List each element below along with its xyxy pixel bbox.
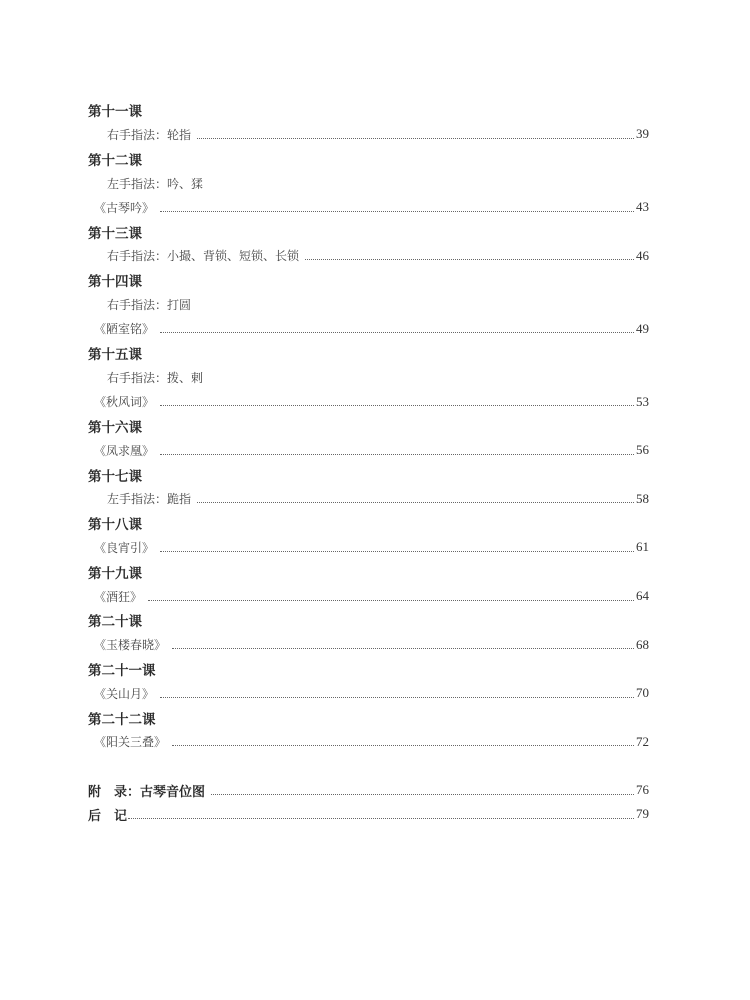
page-number: 56 (636, 442, 649, 458)
dot-leader (172, 745, 634, 746)
page-number: 79 (636, 806, 649, 822)
entry-text: 后 记 (88, 805, 127, 824)
dot-leader (160, 405, 634, 406)
entry-text: 《秋风词》 (88, 393, 154, 410)
toc-entry[interactable]: 右手指法：打圆 (88, 292, 649, 316)
page-number: 70 (636, 685, 649, 701)
entry-text: 右手指法：打圆 (88, 296, 191, 313)
dot-leader (305, 259, 634, 260)
entry-text: 右手指法：小撮、背锁、短锁、长锁 (88, 247, 299, 264)
toc-entry[interactable]: 左手指法：跪指58 (88, 487, 649, 511)
lesson-heading[interactable]: 第二十一课 (88, 657, 649, 681)
dot-leader (211, 794, 634, 795)
lesson-heading[interactable]: 第十九课 (88, 560, 649, 584)
dot-leader (160, 697, 634, 698)
lesson-title: 第二十一课 (88, 659, 156, 679)
lesson-title: 第十三课 (88, 222, 142, 242)
lesson-heading[interactable]: 第二十二课 (88, 705, 649, 729)
toc-entry[interactable]: 《玉楼春晓》68 (88, 633, 649, 657)
page-number: 49 (636, 321, 649, 337)
page-number: 58 (636, 491, 649, 507)
entry-text: 右手指法：轮指 (88, 126, 191, 143)
dot-leader (160, 332, 634, 333)
toc-entry[interactable]: 《酒狂》64 (88, 584, 649, 608)
dot-leader (160, 211, 634, 212)
entry-text: 左手指法：吟、猱 (88, 175, 203, 192)
toc-entry[interactable]: 《古琴吟》43 (88, 195, 649, 219)
entry-text: 右手指法：拨、剌 (88, 369, 203, 386)
page-number: 46 (636, 248, 649, 264)
entry-text: 《凤求凰》 (88, 442, 154, 459)
toc-entry[interactable]: 《凤求凰》56 (88, 438, 649, 462)
dot-leader (128, 818, 634, 819)
toc-entry[interactable]: 《陋室铭》49 (88, 317, 649, 341)
entry-text: 《阳关三叠》 (88, 733, 166, 750)
toc-entry[interactable]: 《阳关三叠》72 (88, 730, 649, 754)
lesson-heading[interactable]: 第十六课 (88, 414, 649, 438)
entry-text: 《古琴吟》 (88, 199, 154, 216)
toc-entry[interactable]: 右手指法：拨、剌 (88, 365, 649, 389)
lesson-heading[interactable]: 第十五课 (88, 341, 649, 365)
lesson-heading[interactable]: 第十三课 (88, 219, 649, 243)
entry-text: 《关山月》 (88, 685, 154, 702)
dot-leader (160, 454, 634, 455)
entry-text: 《陋室铭》 (88, 320, 154, 337)
entry-text: 《良宵引》 (88, 539, 154, 556)
lesson-title: 第十七课 (88, 465, 142, 485)
spacer (88, 754, 649, 778)
lesson-title: 第十二课 (88, 149, 142, 169)
entry-text: 《酒狂》 (88, 588, 142, 605)
lesson-title: 第二十课 (88, 610, 142, 630)
lesson-title: 第十六课 (88, 416, 142, 436)
dot-leader (148, 600, 634, 601)
page-number: 43 (636, 199, 649, 215)
page-number: 61 (636, 539, 649, 555)
lesson-title: 第十五课 (88, 343, 142, 363)
toc-entry[interactable]: 右手指法：轮指39 (88, 122, 649, 146)
page-number: 39 (636, 126, 649, 142)
dot-leader (160, 551, 634, 552)
toc-entry[interactable]: 右手指法：小撮、背锁、短锁、长锁46 (88, 244, 649, 268)
entry-text: 左手指法：跪指 (88, 490, 191, 507)
lesson-title: 第十一课 (88, 100, 142, 120)
page-number: 68 (636, 637, 649, 653)
entry-text: 《玉楼春晓》 (88, 636, 166, 653)
lesson-heading[interactable]: 第十八课 (88, 511, 649, 535)
page-number: 53 (636, 394, 649, 410)
toc-entry[interactable]: 左手指法：吟、猱 (88, 171, 649, 195)
toc-entry-appendix[interactable]: 附 录：古琴音位图76 (88, 778, 649, 802)
lesson-title: 第十九课 (88, 562, 142, 582)
lesson-heading[interactable]: 第十二课 (88, 147, 649, 171)
lesson-heading[interactable]: 第十一课 (88, 98, 649, 122)
toc-entry[interactable]: 《良宵引》61 (88, 535, 649, 559)
page-number: 64 (636, 588, 649, 604)
lesson-title: 第十四课 (88, 270, 142, 290)
lesson-heading[interactable]: 第十四课 (88, 268, 649, 292)
page-number: 76 (636, 782, 649, 798)
lesson-heading[interactable]: 第十七课 (88, 462, 649, 486)
lesson-title: 第二十二课 (88, 708, 156, 728)
page-number: 72 (636, 734, 649, 750)
toc-entry[interactable]: 《关山月》70 (88, 681, 649, 705)
toc-entry-afterword[interactable]: 后 记79 (88, 802, 649, 826)
entry-text: 附 录：古琴音位图 (88, 781, 205, 800)
toc-entry[interactable]: 《秋风词》53 (88, 390, 649, 414)
lesson-heading[interactable]: 第二十课 (88, 608, 649, 632)
table-of-contents: 第十一课 右手指法：轮指39 第十二课 左手指法：吟、猱 《古琴吟》43 第十三… (88, 98, 649, 827)
dot-leader (197, 502, 634, 503)
dot-leader (197, 138, 634, 139)
lesson-title: 第十八课 (88, 513, 142, 533)
dot-leader (172, 648, 634, 649)
